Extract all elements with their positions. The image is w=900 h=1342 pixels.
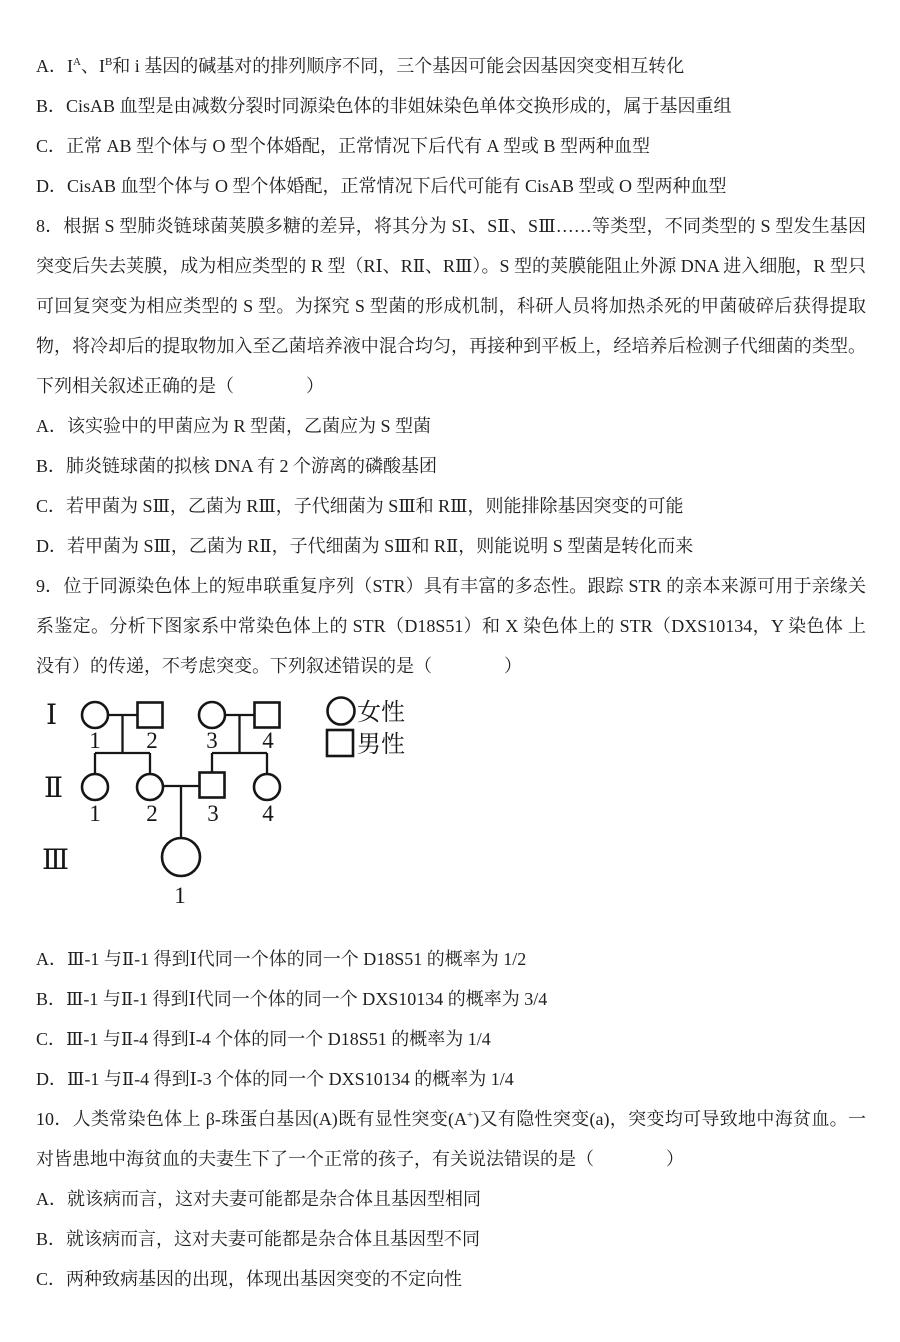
label-I-2: 2 bbox=[146, 728, 158, 753]
question-10-option-a: A．就该病而言，这对夫妻可能都是杂合体且基因型相同 bbox=[36, 1179, 866, 1219]
q7-a-text-post: 和 i 基因的碱基对的排列顺序不同，三个基因可能会因基因突变相互转化 bbox=[112, 56, 684, 76]
legend-female-label: 女性 bbox=[357, 699, 405, 726]
pedigree-diagram: Ⅰ Ⅱ Ⅲ bbox=[30, 688, 866, 925]
label-III-1: 1 bbox=[174, 883, 186, 908]
generation-label-II: Ⅱ bbox=[44, 773, 63, 804]
female-symbol-II-1 bbox=[82, 774, 108, 800]
female-symbol-I-3 bbox=[199, 702, 225, 728]
female-symbol-II-4 bbox=[254, 774, 280, 800]
q7-a-text-mid: 、I bbox=[81, 56, 105, 76]
label-II-1: 1 bbox=[89, 801, 101, 826]
legend-female-icon bbox=[328, 698, 355, 725]
question-9-option-c: C．Ⅲ-1 与Ⅱ-4 得到Ⅰ-4 个体的同一个 D18S51 的概率为 1/4 bbox=[36, 1019, 866, 1059]
question-8-stem: 8．根据 S 型肺炎链球菌荚膜多糖的差异，将其分为 SⅠ、SⅡ、SⅢ……等类型，… bbox=[36, 206, 866, 406]
question-9-option-d: D．Ⅲ-1 与Ⅱ-4 得到Ⅰ-3 个体的同一个 DXS10134 的概率为 1/… bbox=[36, 1059, 866, 1099]
label-II-4: 4 bbox=[262, 801, 274, 826]
generation-label-III: Ⅲ bbox=[42, 845, 69, 876]
label-I-4: 4 bbox=[262, 728, 274, 753]
male-symbol-I-4 bbox=[255, 703, 280, 728]
legend-male-icon bbox=[327, 730, 353, 756]
question-8-option-b: B．肺炎链球菌的拟核 DNA 有 2 个游离的磷酸基团 bbox=[36, 446, 866, 486]
question-7-option-a: A．IA、IB和 i 基因的碱基对的排列顺序不同，三个基因可能会因基因突变相互转… bbox=[36, 46, 866, 86]
question-9-option-a: A．Ⅲ-1 与Ⅱ-1 得到Ⅰ代同一个体的同一个 D18S51 的概率为 1/2 bbox=[36, 939, 866, 979]
q7-a-superscript-a: A bbox=[73, 56, 81, 68]
female-symbol-I-1 bbox=[82, 702, 108, 728]
label-II-2: 2 bbox=[146, 801, 158, 826]
label-I-1: 1 bbox=[89, 728, 101, 753]
female-symbol-II-2 bbox=[137, 774, 163, 800]
q7-a-text: A．I bbox=[36, 56, 73, 76]
label-II-3: 3 bbox=[207, 801, 219, 826]
legend-male-label: 男性 bbox=[357, 731, 405, 758]
question-7-option-d: D．CisAB 血型个体与 O 型个体婚配，正常情况下后代可能有 CisAB 型… bbox=[36, 166, 866, 206]
question-8-option-d: D．若甲菌为 SⅢ，乙菌为 RⅡ，子代细菌为 SⅢ和 RⅡ，则能说明 S 型菌是… bbox=[36, 526, 866, 566]
question-9-stem: 9．位于同源染色体上的短串联重复序列（STR）具有丰富的多态性。跟踪 STR 的… bbox=[36, 566, 866, 686]
question-10-option-c: C．两种致病基因的出现，体现出基因突变的不定向性 bbox=[36, 1259, 866, 1299]
question-8-option-a: A．该实验中的甲菌应为 R 型菌，乙菌应为 S 型菌 bbox=[36, 406, 866, 446]
exam-page: A．IA、IB和 i 基因的碱基对的排列顺序不同，三个基因可能会因基因突变相互转… bbox=[0, 0, 900, 1299]
question-7-option-b: B．CisAB 血型是由减数分裂时同源染色体的非姐妹染色单体交换形成的，属于基因… bbox=[36, 86, 866, 126]
male-symbol-II-3 bbox=[200, 773, 225, 798]
question-7-option-c: C．正常 AB 型个体与 O 型个体婚配，正常情况下后代有 A 型或 B 型两种… bbox=[36, 126, 866, 166]
label-I-3: 3 bbox=[206, 728, 218, 753]
male-symbol-I-2 bbox=[138, 703, 163, 728]
question-8-option-c: C．若甲菌为 SⅢ，乙菌为 RⅢ，子代细菌为 SⅢ和 RⅢ，则能排除基因突变的可… bbox=[36, 486, 866, 526]
question-9-option-b: B．Ⅲ-1 与Ⅱ-1 得到Ⅰ代同一个体的同一个 DXS10134 的概率为 3/… bbox=[36, 979, 866, 1019]
q10-stem-text: 10．人类常染色体上 β-珠蛋白基因(A)既有显性突变(A bbox=[36, 1109, 467, 1129]
question-10-option-b: B．就该病而言，这对夫妻可能都是杂合体且基因型不同 bbox=[36, 1219, 866, 1259]
question-10-stem: 10．人类常染色体上 β-珠蛋白基因(A)既有显性突变(A+)又有隐性突变(a)… bbox=[36, 1099, 866, 1179]
generation-label-I: Ⅰ bbox=[46, 700, 57, 731]
female-symbol-III-1 bbox=[162, 838, 200, 876]
